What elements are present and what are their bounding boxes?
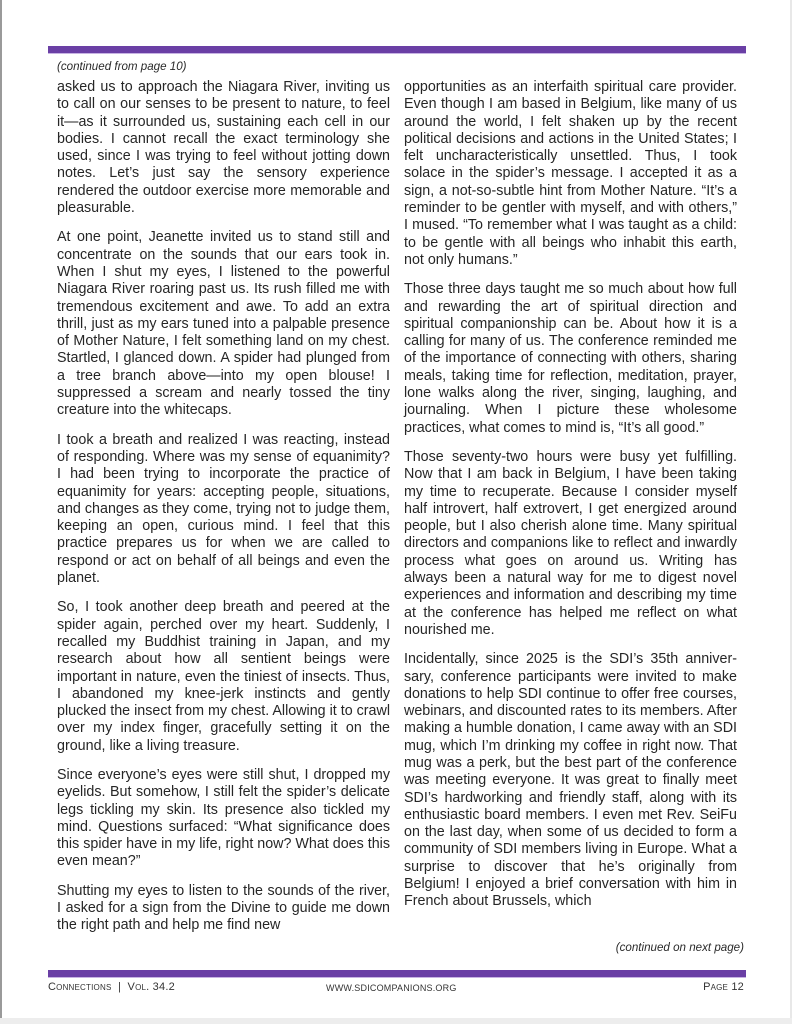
footer-website: www.sdicompanions.org: [326, 983, 457, 993]
paragraph: At one point, Jeanette invited us to sta…: [57, 229, 390, 419]
page-edge-bottom: [0, 1018, 792, 1024]
paragraph: Since everyone’s eyes were still shut, I…: [57, 767, 390, 871]
header-rule: [48, 46, 746, 54]
page-edge-left: [0, 0, 2, 1024]
footer-page-number: Page 12: [703, 981, 744, 993]
footer-publication: Connections | Vol. 34.2: [48, 981, 175, 993]
paragraph: Those seventy-two hours were busy yet fu…: [404, 449, 737, 639]
paragraph: opportunities as an interfaith spiritual…: [404, 79, 737, 269]
paragraph: So, I took another deep breath and peere…: [57, 599, 390, 755]
paragraph: Incidentally, since 2025 is the SDI’s 35…: [404, 651, 737, 910]
paragraph: asked us to approach the Niagara River, …: [57, 79, 390, 217]
article-column-left: asked us to approach the Niagara River, …: [57, 79, 390, 947]
paragraph: Shutting my eyes to listen to the sounds…: [57, 883, 390, 935]
footer-rule: [48, 970, 746, 978]
continued-from-note: (continued from page 10): [57, 60, 187, 73]
article-column-right: opportunities as an interfaith spiritual…: [404, 79, 737, 923]
continued-next-note: (continued on next page): [616, 941, 744, 954]
paragraph: I took a breath and realized I was react…: [57, 432, 390, 588]
paragraph: Those three days taught me so much about…: [404, 281, 737, 437]
